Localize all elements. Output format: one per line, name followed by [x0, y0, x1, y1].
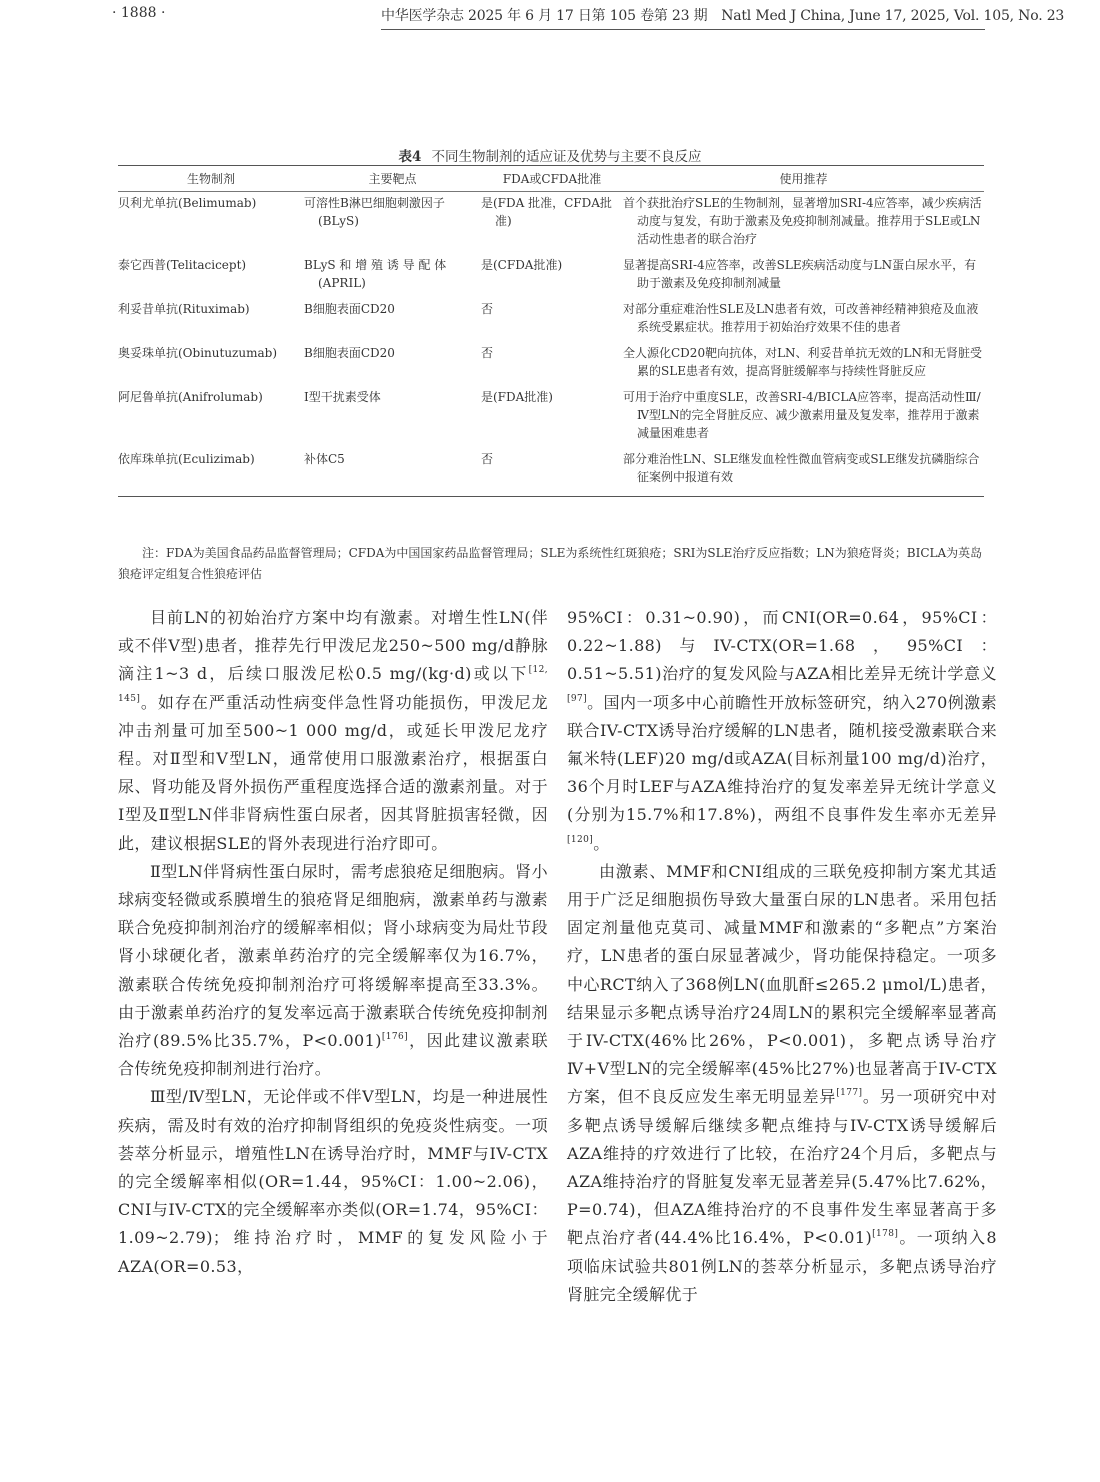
paragraph: Ⅱ型LN伴肾病性蛋白尿时，需考虑狼疮足细胞病。肾小球病变轻微或系膜增生的狼疮肾足…	[118, 858, 548, 1084]
table-title: 不同生物制剂的适应证及优势与主要不良反应	[431, 149, 701, 165]
running-header: 中华医学杂志 2025 年 6 月 17 日第 105 卷第 23 期 Natl…	[381, 5, 985, 30]
cell-recommendation: 首个获批治疗SLE的生物制剂，显著增加SRI-4应答率，减少疾病活动度与复发，有…	[623, 194, 984, 248]
cell-agent: 贝利尤单抗(Belimumab)	[118, 192, 304, 255]
citation: [97]	[567, 694, 587, 704]
paragraph: 目前LN的初始治疗方案中均有激素。对增生性LN(伴或不伴Ⅴ型)患者，推荐先行甲泼…	[118, 604, 548, 858]
cell-approval: 否	[481, 450, 623, 468]
cell-approval: 否	[481, 300, 623, 318]
paragraph-text: 。国内一项多中心前瞻性开放标签研究，纳入270例激素联合IV-CTX诱导治疗缓解…	[567, 693, 997, 825]
cell-agent: 泰它西普(Telitacicept)	[118, 254, 304, 298]
cell-recommendation: 全人源化CD20靶向抗体，对LN、利妥昔单抗无效的LN和无肾脏受累的SLE患者有…	[623, 344, 984, 380]
body-column-right: 95%CI：0.31~0.90)，而CNI(OR=0.64，95%CI：0.22…	[567, 604, 997, 1309]
cell-agent: 阿尼鲁单抗(Anifrolumab)	[118, 386, 304, 448]
body-column-left: 目前LN的初始治疗方案中均有激素。对增生性LN(伴或不伴Ⅴ型)患者，推荐先行甲泼…	[118, 604, 548, 1281]
table-footnote: 注：FDA为美国食品药品监督管理局；CFDA为中国国家药品监督管理局；SLE为系…	[118, 543, 984, 585]
table-label: 表4	[399, 149, 422, 165]
table-row: 奥妥珠单抗(Obinutuzumab) B细胞表面CD20 否 全人源化CD20…	[118, 342, 984, 386]
page-number: · 1888 ·	[112, 5, 165, 21]
paragraph: 95%CI：0.31~0.90)，而CNI(OR=0.64，95%CI：0.22…	[567, 604, 997, 858]
cell-target: Ⅰ型干扰素受体	[304, 388, 481, 406]
paragraph-text: 目前LN的初始治疗方案中均有激素。对增生性LN(伴或不伴Ⅴ型)患者，推荐先行甲泼…	[118, 608, 548, 683]
citation: [120]	[567, 835, 593, 845]
cell-target: B细胞表面CD20	[304, 344, 481, 362]
cell-recommendation: 可用于治疗中重度SLE，改善SRI-4/BICLA应答率，提高活动性Ⅲ/Ⅳ型LN…	[623, 388, 984, 442]
paragraph-text: 。如存在严重活动性病变伴急性肾功能损伤，甲泼尼龙冲击剂量可加至500~1 000…	[118, 693, 548, 853]
paragraph: Ⅲ型/Ⅳ型LN，无论伴或不伴Ⅴ型LN，均是一种进展性疾病，需及时有效的治疗抑制肾…	[118, 1083, 548, 1280]
citation: [178]	[872, 1229, 898, 1239]
column-header-target: 主要靶点	[304, 166, 481, 192]
table-row: 贝利尤单抗(Belimumab) 可溶性B淋巴细胞刺激因子(BLyS) 是(FD…	[118, 192, 984, 255]
paragraph-text: 。	[593, 834, 609, 853]
column-header-approval: FDA或CFDA批准	[481, 166, 623, 192]
paragraph-text: 95%CI：0.31~0.90)，而CNI(OR=0.64，95%CI：0.22…	[567, 608, 997, 683]
citation: [176]	[382, 1032, 408, 1042]
table-header-row: 生物制剂 主要靶点 FDA或CFDA批准 使用推荐	[118, 166, 984, 192]
paragraph: 由激素、MMF和CNI组成的三联免疫抑制方案尤其适用于广泛足细胞损伤导致大量蛋白…	[567, 858, 997, 1309]
citation: [177]	[836, 1088, 862, 1098]
paragraph-text: Ⅲ型/Ⅳ型LN，无论伴或不伴Ⅴ型LN，均是一种进展性疾病，需及时有效的治疗抑制肾…	[118, 1087, 548, 1275]
cell-agent: 依库珠单抗(Eculizimab)	[118, 448, 304, 497]
cell-target: B细胞表面CD20	[304, 300, 481, 318]
cell-target: 补体C5	[304, 450, 481, 468]
cell-approval: 是(FDA批准)	[481, 388, 623, 406]
table-row: 阿尼鲁单抗(Anifrolumab) Ⅰ型干扰素受体 是(FDA批准) 可用于治…	[118, 386, 984, 448]
cell-agent: 利妥昔单抗(Rituximab)	[118, 298, 304, 342]
paragraph-text: 。另一项研究中对多靶点诱导缓解后继续多靶点维持与IV-CTX诱导缓解后AZA维持…	[567, 1087, 997, 1247]
table-row: 利妥昔单抗(Rituximab) B细胞表面CD20 否 对部分重症难治性SLE…	[118, 298, 984, 342]
cell-recommendation: 部分难治性LN、SLE继发血栓性微血管病变或SLE继发抗磷脂综合征案例中报道有效	[623, 450, 984, 486]
cell-recommendation: 显著提高SRI-4应答率，改善SLE疾病活动度与LN蛋白尿水平，有助于激素及免疫…	[623, 256, 984, 292]
paragraph-text: Ⅱ型LN伴肾病性蛋白尿时，需考虑狼疮足细胞病。肾小球病变轻微或系膜增生的狼疮肾足…	[118, 862, 548, 1050]
cell-approval: 是(FDA 批准，CFDA批准)	[481, 194, 623, 230]
cell-agent: 奥妥珠单抗(Obinutuzumab)	[118, 342, 304, 386]
cell-target: 可溶性B淋巴细胞刺激因子(BLyS)	[304, 194, 481, 230]
cell-recommendation: 对部分重症难治性SLE及LN患者有效，可改善神经精神狼疮及血液系统受累症状。推荐…	[623, 300, 984, 336]
paragraph-text: 由激素、MMF和CNI组成的三联免疫抑制方案尤其适用于广泛足细胞损伤导致大量蛋白…	[567, 862, 997, 1107]
table-caption: 表4不同生物制剂的适应证及优势与主要不良反应	[0, 145, 1100, 165]
column-header-agent: 生物制剂	[118, 166, 304, 192]
table-row: 依库珠单抗(Eculizimab) 补体C5 否 部分难治性LN、SLE继发血栓…	[118, 448, 984, 497]
cell-approval: 是(CFDA批准)	[481, 256, 623, 274]
table-row: 泰它西普(Telitacicept) BLyS 和 增 殖 诱 导 配 体(AP…	[118, 254, 984, 298]
cell-approval: 否	[481, 344, 623, 362]
cell-target: BLyS 和 增 殖 诱 导 配 体(APRIL)	[304, 256, 481, 292]
column-header-recommendation: 使用推荐	[623, 166, 984, 192]
biologics-table: 生物制剂 主要靶点 FDA或CFDA批准 使用推荐 贝利尤单抗(Belimuma…	[118, 165, 984, 497]
